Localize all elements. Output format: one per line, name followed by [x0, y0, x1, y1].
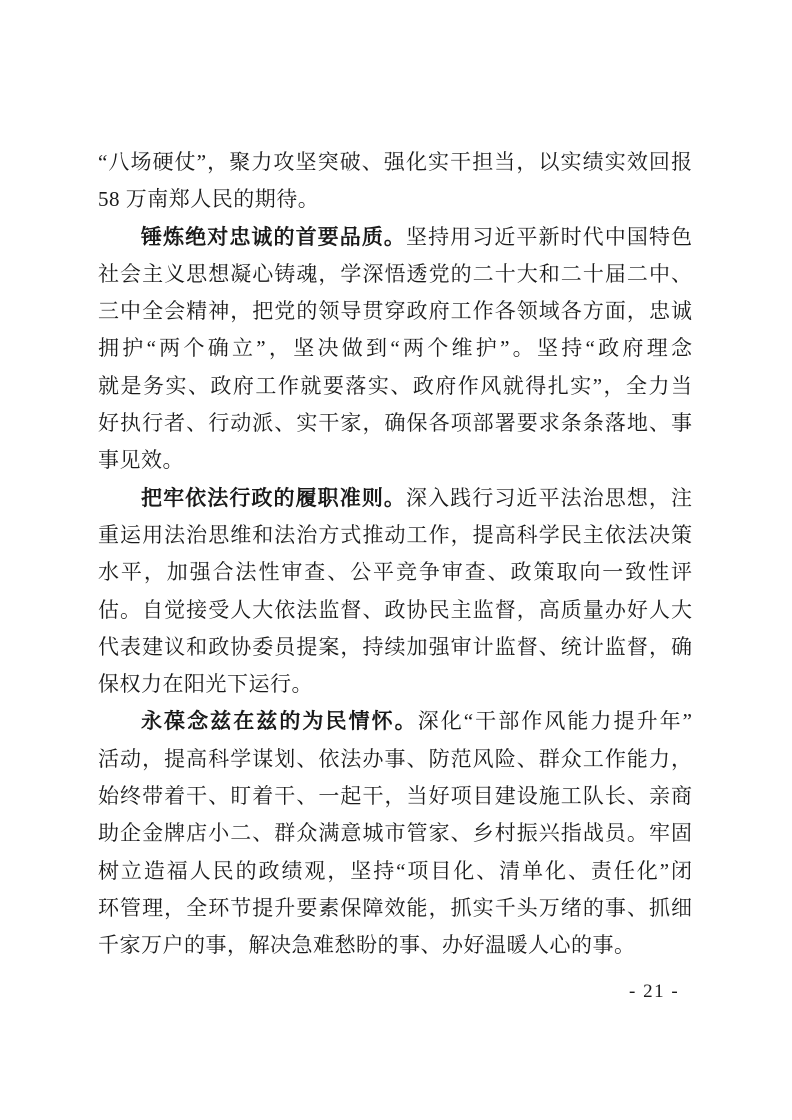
- line-text: 保权力在阳光下运行。: [98, 672, 313, 696]
- line-text: 好执行者、行动派、实干家，确保各项部署要求条条落地、事: [98, 411, 692, 435]
- text-line-16: 永葆念兹在兹的为民情怀。深化“干部作风能力提升年”: [98, 703, 692, 740]
- line-text: 拥护“两个确立”，坚决做到“两个维护”。坚持“政府理念: [98, 336, 692, 360]
- line-text: 活动，提高科学谋划、依法办事、防范风险、群众工作能力，: [98, 747, 692, 771]
- line-text: 就是务实、政府工作就要落实、政府作风就得扎实”，全力当: [98, 374, 692, 398]
- line-text: 始终带着干、盯着干、一起干，当好项目建设施工队长、亲商: [98, 784, 692, 808]
- line-text: 水平，加强合法性审查、公平竞争审查、政策取向一致性评: [98, 560, 692, 584]
- text-line-15: 保权力在阳光下运行。: [98, 666, 692, 703]
- paragraph-lead-bold: 永葆念兹在兹的为民情怀。: [141, 709, 418, 733]
- line-text: 社会主义思想凝心铸魂，学深悟透党的二十大和二十届二中、: [98, 262, 692, 286]
- paragraph-lead-bold: 锤炼绝对忠诚的首要品质。: [141, 225, 406, 249]
- text-line-12: 水平，加强合法性审查、公平竞争审查、政策取向一致性评: [98, 554, 692, 591]
- text-line-20: 树立造福人民的政绩观，坚持“项目化、清单化、责任化”闭: [98, 853, 692, 890]
- text-line-17: 活动，提高科学谋划、依法办事、防范风险、群众工作能力，: [98, 741, 692, 778]
- page-number: - 21 -: [629, 981, 679, 1003]
- text-line-5: 三中全会精神，把党的领导贯穿政府工作各领域各方面，忠诚: [98, 293, 692, 330]
- text-line-13: 估。自觉接受人大依法监督、政协民主监督，高质量办好人大: [98, 592, 692, 629]
- line-text: 事见效。: [98, 448, 184, 472]
- text-line-19: 助企金牌店小二、群众满意城市管家、乡村振兴指战员。牢固: [98, 815, 692, 852]
- document-page: “八场硬仗”，聚力攻坚突破、强化实干担当，以实绩实效回报58 万南郑人民的期待。…: [0, 0, 792, 1120]
- text-line-11: 重运用法治思维和法治方式推动工作，提高科学民主依法决策: [98, 517, 692, 554]
- text-line-14: 代表建议和政协委员提案，持续加强审计监督、统计监督，确: [98, 629, 692, 666]
- text-line-2: 58 万南郑人民的期待。: [98, 181, 692, 218]
- line-text: 深化“干部作风能力提升年”: [418, 709, 692, 733]
- line-text: 估。自觉接受人大依法监督、政协民主监督，高质量办好人大: [98, 598, 692, 622]
- line-text: 58 万南郑人民的期待。: [98, 187, 319, 211]
- line-text: “八场硬仗”，聚力攻坚突破、强化实干担当，以实绩实效回报: [98, 150, 692, 174]
- line-text: 环管理，全环节提升要素保障效能，抓实千头万绪的事、抓细: [98, 896, 692, 920]
- text-line-21: 环管理，全环节提升要素保障效能，抓实千头万绪的事、抓细: [98, 890, 692, 927]
- paragraph-lead-bold: 把牢依法行政的履职准则。: [141, 486, 406, 510]
- line-text: 代表建议和政协委员提案，持续加强审计监督、统计监督，确: [98, 635, 692, 659]
- text-line-3: 锤炼绝对忠诚的首要品质。坚持用习近平新时代中国特色: [98, 219, 692, 256]
- text-line-18: 始终带着干、盯着干、一起干，当好项目建设施工队长、亲商: [98, 778, 692, 815]
- line-text: 千家万户的事，解决急难愁盼的事、办好温暖人心的事。: [98, 933, 636, 957]
- document-body: “八场硬仗”，聚力攻坚突破、强化实干担当，以实绩实效回报58 万南郑人民的期待。…: [98, 144, 692, 965]
- text-line-10: 把牢依法行政的履职准则。深入践行习近平法治思想，注: [98, 480, 692, 517]
- text-line-6: 拥护“两个确立”，坚决做到“两个维护”。坚持“政府理念: [98, 330, 692, 367]
- text-line-22: 千家万户的事，解决急难愁盼的事、办好温暖人心的事。: [98, 927, 692, 964]
- line-text: 三中全会精神，把党的领导贯穿政府工作各领域各方面，忠诚: [98, 299, 692, 323]
- line-text: 重运用法治思维和法治方式推动工作，提高科学民主依法决策: [98, 523, 692, 547]
- line-text: 深入践行习近平法治思想，注: [406, 486, 692, 510]
- line-text: 助企金牌店小二、群众满意城市管家、乡村振兴指战员。牢固: [98, 821, 692, 845]
- text-line-1: “八场硬仗”，聚力攻坚突破、强化实干担当，以实绩实效回报: [98, 144, 692, 181]
- text-line-9: 事见效。: [98, 442, 692, 479]
- line-text: 坚持用习近平新时代中国特色: [406, 225, 692, 249]
- line-text: 树立造福人民的政绩观，坚持“项目化、清单化、责任化”闭: [98, 859, 692, 883]
- text-line-4: 社会主义思想凝心铸魂，学深悟透党的二十大和二十届二中、: [98, 256, 692, 293]
- text-line-8: 好执行者、行动派、实干家，确保各项部署要求条条落地、事: [98, 405, 692, 442]
- text-line-7: 就是务实、政府工作就要落实、政府作风就得扎实”，全力当: [98, 368, 692, 405]
